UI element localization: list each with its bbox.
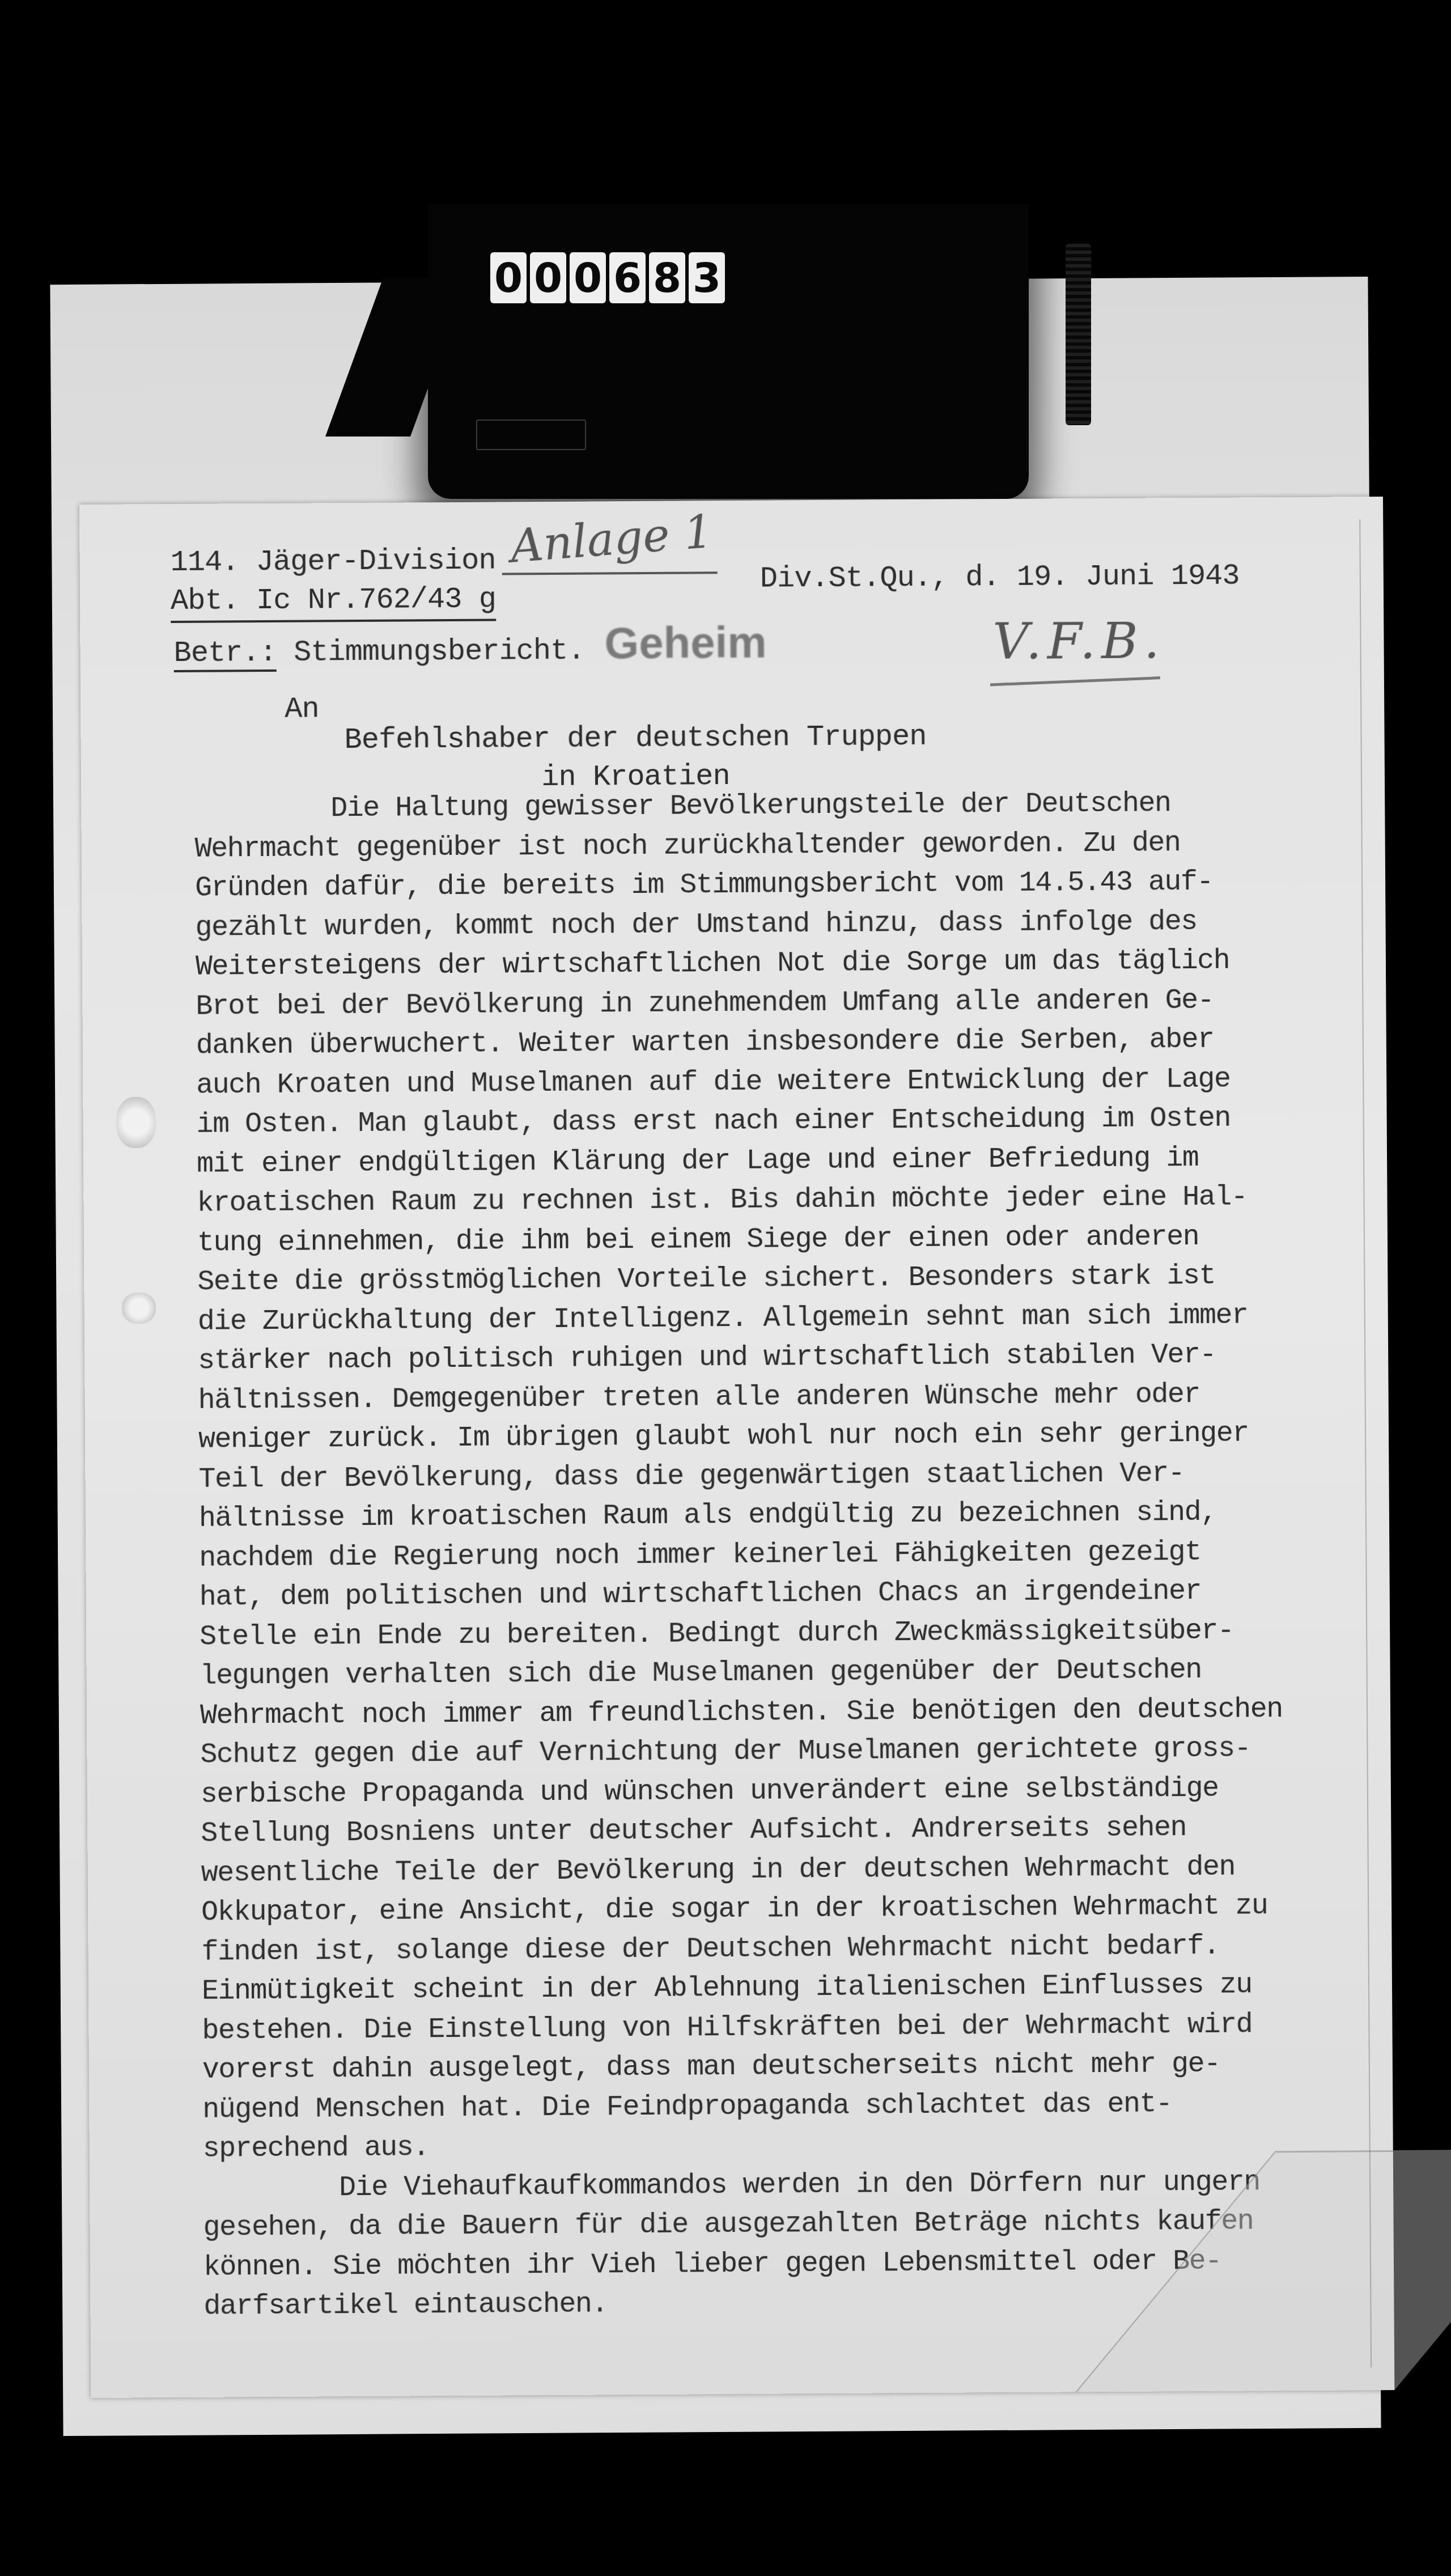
body-line: Okkupator, eine Ansicht, die sogar in de…: [201, 1887, 1289, 1933]
body-line: Wehrmacht noch immer am freundlichsten. …: [200, 1690, 1288, 1736]
paper-blemish: [116, 1097, 156, 1148]
counter-label-plate: [476, 420, 586, 450]
counter-thumbwheel: [1066, 244, 1091, 425]
body-line: legungen verhalten sich die Muselmanen g…: [200, 1650, 1288, 1696]
body-line: tung einnehmen, die ihm bei einem Siege …: [197, 1217, 1285, 1263]
page-number-counter: 0 0 0 6 8 3: [428, 204, 1029, 499]
body-line: danken überwuchert. Weiter warten insbes…: [196, 1020, 1284, 1066]
body-line: sprechend aus.: [203, 2123, 1291, 2169]
handwritten-initials: V.F.B.: [992, 611, 1165, 671]
document-page: 114. Jäger-Division Abt. Ic Nr.762/43 g …: [79, 497, 1394, 2398]
paper-blemish: [122, 1293, 156, 1324]
subject-line: Betr.: Stimmungsbericht.: [173, 632, 584, 673]
body-line: vorerst dahin ausgelegt, dass man deutsc…: [202, 2044, 1291, 2090]
body-line: finden ist, solange diese der Deutschen …: [201, 1926, 1289, 1972]
addressee-line: Befehlshaber der deutschen Truppen: [344, 718, 926, 760]
sender-unit: 114. Jäger-Division: [170, 542, 495, 583]
subject-text: Stimmungsbericht.: [294, 634, 585, 670]
body-line: Schutz gegen die auf Vernichtung der Mus…: [200, 1729, 1288, 1775]
body-line: Gründen dafür, die bereits im Stimmungsb…: [195, 862, 1283, 908]
place-date: Div.St.Qu., d. 19. Juni 1943: [760, 557, 1240, 599]
body-line: gesehen, da die Bauern für die ausgezahl…: [203, 2202, 1291, 2248]
initials-underline: [990, 676, 1160, 686]
reference-number: Abt. Ic Nr.762/43 g: [171, 581, 496, 624]
body-line: können. Sie möchten ihr Vieh lieber gege…: [203, 2241, 1292, 2287]
body-line: hältnissen. Demgegenüber treten alle and…: [198, 1375, 1286, 1421]
counter-digit: 0: [570, 252, 606, 303]
body-line: wesentliche Teile der Bevölkerung in der…: [201, 1848, 1289, 1893]
body-line: Die Haltung gewisser Bevölkerungsteile d…: [194, 783, 1283, 829]
body-line: Weitersteigens der wirtschaftlichen Not …: [196, 941, 1284, 987]
body-line: darfsartikel eintauschen.: [203, 2281, 1292, 2327]
body-line: nachdem die Regierung noch immer keinerl…: [199, 1532, 1287, 1578]
body-line: Stellung Bosniens unter deutscher Aufsic…: [201, 1808, 1289, 1854]
sender-block: 114. Jäger-Division Abt. Ic Nr.762/43 g: [170, 542, 496, 624]
body-line: Teil der Bevölkerung, dass die gegenwärt…: [198, 1454, 1287, 1499]
counter-digit: 8: [649, 252, 685, 303]
body-line: nügend Menschen hat. Die Feindpropaganda…: [202, 2083, 1291, 2129]
addressee-prefix: An: [285, 690, 319, 728]
body-line: Brot bei der Bevölkerung in zunehmendem …: [196, 981, 1284, 1027]
body-line: Stelle ein Ende zu bereiten. Bedingt dur…: [200, 1611, 1288, 1657]
counter-digits: 0 0 0 6 8 3: [490, 252, 725, 303]
body-line: Wehrmacht gegenüber ist noch zurückhalte…: [195, 823, 1283, 869]
body-line: bestehen. Die Einstellung von Hilfskräft…: [202, 2005, 1290, 2051]
classification-stamp: Geheim: [604, 617, 767, 670]
body-line: im Osten. Man glaubt, dass erst nach ein…: [196, 1099, 1284, 1145]
counter-digit: 0: [490, 252, 527, 303]
report-body: Die Haltung gewisser Bevölkerungsteile d…: [194, 783, 1292, 2327]
body-line: Einmütigkeit scheint in der Ablehnung it…: [202, 1965, 1290, 2011]
body-line: gezählt wurden, kommt noch der Umstand h…: [195, 902, 1283, 948]
body-line: Seite die grösstmöglichen Vorteile siche…: [197, 1256, 1285, 1302]
body-line: mit einer endgültigen Klärung der Lage u…: [197, 1138, 1285, 1184]
handwritten-annotation: Anlage 1: [508, 505, 714, 573]
body-line: serbische Propaganda und wünschen unverä…: [201, 1769, 1289, 1815]
subject-label: Betr.:: [173, 636, 277, 672]
body-line: stärker nach politisch ruhigen und wirts…: [198, 1335, 1286, 1381]
body-line: weniger zurück. Im übrigen glaubt wohl n…: [198, 1414, 1287, 1460]
body-line: auch Kroaten und Muselmanen auf die weit…: [196, 1060, 1284, 1105]
counter-digit: 3: [689, 252, 725, 303]
body-line: die Zurückhaltung der Intelligenz. Allge…: [198, 1296, 1286, 1342]
annotation-underline: [502, 571, 718, 575]
counter-digit: 0: [530, 252, 566, 303]
body-line: Die Viehaufkaufkommandos werden in den D…: [203, 2162, 1291, 2208]
body-line: kroatischen Raum zu rechnen ist. Bis dah…: [197, 1177, 1285, 1223]
body-line: hat, dem politischen und wirtschaftliche…: [200, 1571, 1288, 1617]
counter-digit: 6: [609, 252, 646, 303]
body-line: hältnisse im kroatischen Raum als endgül…: [199, 1493, 1287, 1539]
